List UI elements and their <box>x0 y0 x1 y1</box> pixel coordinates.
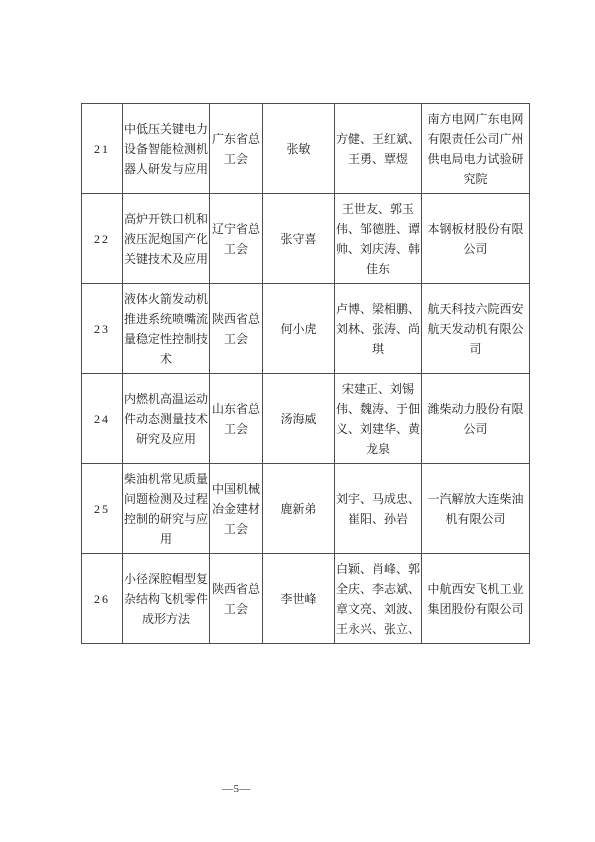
members-cell: 卢博、梁相鹏、刘林、张涛、尚琪 <box>335 284 422 374</box>
company-cell: 航天科技六院西安航天发动机有限公司 <box>422 284 530 374</box>
members-cell: 方健、王红斌、王勇、覃煜 <box>335 104 422 194</box>
table-row: 26 小径深腔帽型复杂结构飞机零件成形方法 陕西省总工会 李世峰 白颖、肖峰、郭… <box>82 554 530 644</box>
serial-cell: 21 <box>82 104 123 194</box>
members-cell: 刘宇、马成忠、崔阳、孙岩 <box>335 464 422 554</box>
company-cell: 南方电网广东电网有限责任公司广州供电局电力试验研究院 <box>422 104 530 194</box>
members-cell: 宋建正、刘锡伟、魏涛、于佃义、刘建华、黄龙泉 <box>335 374 422 464</box>
document-page: 21 中低压关键电力设备智能检测机器人研发与应用 广东省总工会 张敏 方健、王红… <box>0 0 595 842</box>
company-cell: 潍柴动力股份有限公司 <box>422 374 530 464</box>
project-cell: 小径深腔帽型复杂结构飞机零件成形方法 <box>123 554 210 644</box>
leader-cell: 何小虎 <box>263 284 335 374</box>
members-cell: 白颖、肖峰、郭全庆、李志斌、章文亮、刘波、王永兴、张立、 <box>335 554 422 644</box>
members-cell: 王世友、郭玉伟、邹德胜、谭帅、刘庆涛、韩佳东 <box>335 194 422 284</box>
serial-cell: 23 <box>82 284 123 374</box>
table-row: 24 内燃机高温运动件动态测量技术研究及应用 山东省总工会 汤海威 宋建正、刘锡… <box>82 374 530 464</box>
award-table: 21 中低压关键电力设备智能检测机器人研发与应用 广东省总工会 张敏 方健、王红… <box>81 103 530 644</box>
table-row: 25 柴油机常见质量问题检测及过程控制的研究与应用 中国机械冶金建材工会 鹿新弟… <box>82 464 530 554</box>
company-cell: 一汽解放大连柴油机有限公司 <box>422 464 530 554</box>
table-row: 21 中低压关键电力设备智能检测机器人研发与应用 广东省总工会 张敏 方健、王红… <box>82 104 530 194</box>
project-cell: 柴油机常见质量问题检测及过程控制的研究与应用 <box>123 464 210 554</box>
union-cell: 广东省总工会 <box>210 104 263 194</box>
union-cell: 辽宁省总工会 <box>210 194 263 284</box>
union-cell: 陕西省总工会 <box>210 284 263 374</box>
leader-cell: 张敏 <box>263 104 335 194</box>
union-cell: 山东省总工会 <box>210 374 263 464</box>
serial-cell: 25 <box>82 464 123 554</box>
serial-cell: 22 <box>82 194 123 284</box>
leader-cell: 汤海威 <box>263 374 335 464</box>
project-cell: 内燃机高温运动件动态测量技术研究及应用 <box>123 374 210 464</box>
company-cell: 中航西安飞机工业集团股份有限公司 <box>422 554 530 644</box>
table-row: 23 液体火箭发动机推进系统喷嘴流量稳定性控制技术 陕西省总工会 何小虎 卢博、… <box>82 284 530 374</box>
leader-cell: 鹿新弟 <box>263 464 335 554</box>
company-cell: 本钢板材股份有限公司 <box>422 194 530 284</box>
leader-cell: 李世峰 <box>263 554 335 644</box>
serial-cell: 24 <box>82 374 123 464</box>
union-cell: 中国机械冶金建材工会 <box>210 464 263 554</box>
serial-cell: 26 <box>82 554 123 644</box>
page-number: —5— <box>222 783 251 795</box>
project-cell: 中低压关键电力设备智能检测机器人研发与应用 <box>123 104 210 194</box>
table-row: 22 高炉开铁口机和液压泥炮国产化关键技术及应用 辽宁省总工会 张守喜 王世友、… <box>82 194 530 284</box>
project-cell: 液体火箭发动机推进系统喷嘴流量稳定性控制技术 <box>123 284 210 374</box>
leader-cell: 张守喜 <box>263 194 335 284</box>
project-cell: 高炉开铁口机和液压泥炮国产化关键技术及应用 <box>123 194 210 284</box>
union-cell: 陕西省总工会 <box>210 554 263 644</box>
